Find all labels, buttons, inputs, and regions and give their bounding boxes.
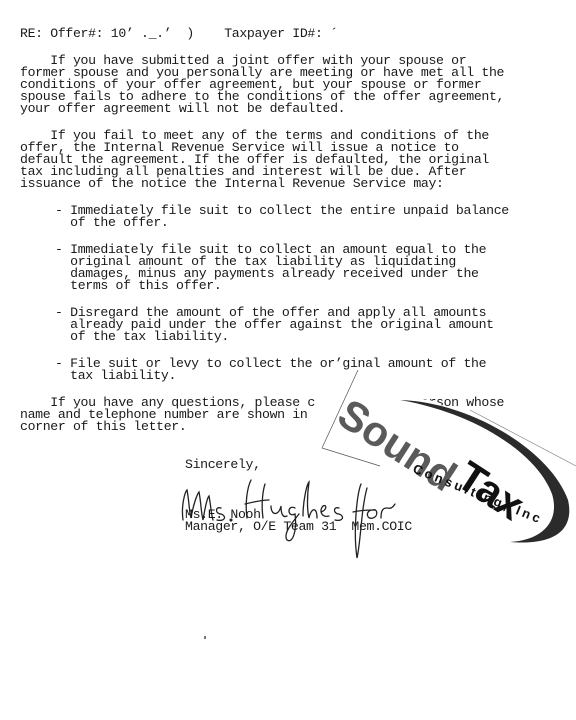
re-line: RE: Offer#: 10’ ._.’ ) Taxpayer ID#: ´	[20, 28, 338, 41]
scan-speck	[204, 636, 206, 639]
text-line: tax liability.	[55, 370, 176, 383]
text-line: of the tax liability.	[55, 331, 229, 344]
letter-page: RE: Offer#: 10’ ._.’ ) Taxpayer ID#: ´ I…	[0, 0, 576, 720]
text-line: issuance of the notice the Internal Reve…	[20, 178, 444, 191]
text-line: corner of this letter.	[20, 421, 186, 434]
logo-swoosh-icon: Sound Tax Consulting, Inc	[300, 370, 576, 570]
text-line: terms of this offer.	[55, 280, 221, 293]
text-line: your offer agreement will not be default…	[20, 103, 345, 116]
soundtax-logo-stamp: Sound Tax Consulting, Inc	[300, 370, 576, 570]
text-line: of the offer.	[55, 217, 168, 230]
